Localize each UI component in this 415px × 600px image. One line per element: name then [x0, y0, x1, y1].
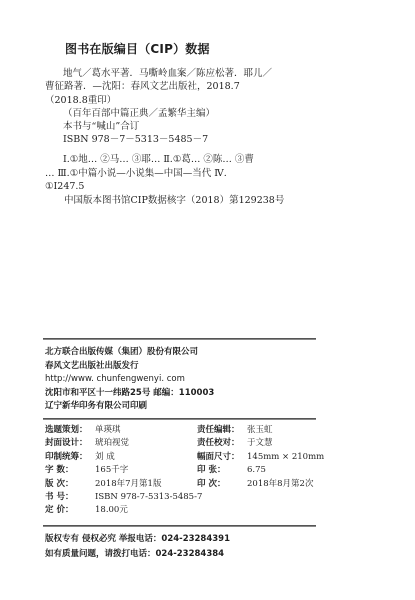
classification-line: Ⅰ.①地… ②马… ③耶… Ⅱ.①葛… ②陈… ③曹 — [45, 153, 285, 167]
credit-value: 刘 成 — [95, 451, 115, 464]
cip-number: 中国版本图书馆CIP数据核字（2018）第129238号 — [64, 192, 284, 206]
publisher-url: http://www. chunfengwenyi. com — [45, 373, 214, 387]
credits-row: 选题策划：单瑛琪 责任编辑：张玉虹 — [45, 424, 202, 437]
credit-label: 印 张： — [197, 464, 247, 477]
cip-classification: Ⅰ.①地… ②马… ③耶… Ⅱ.①葛… ②陈… ③曹 … Ⅲ.①中篇小说—小说集… — [45, 153, 285, 194]
publisher-group: 北方联合出版传媒（集团）股份有限公司 — [45, 346, 214, 360]
divider-top — [43, 338, 316, 340]
credit-value: ISBN 978-7-5313-5485-7 — [95, 491, 202, 504]
printer: 辽宁新华印务有限公司印刷 — [45, 400, 214, 414]
credits-row: 书 号：ISBN 978-7-5313-5485-7 — [45, 491, 202, 504]
publisher-name: 春风文艺出版社出版发行 — [45, 360, 214, 374]
cip-title: 图书在版编目（CIP）数据 — [65, 40, 210, 57]
cip-record: 地气／葛水平著．马嘶岭血案／陈应松著．耶儿／ 曹征路著．—沈阳：春风文艺出版社，… — [45, 67, 285, 147]
cip-record-line: （百年百部中篇正典／孟繁华主编） — [45, 107, 285, 120]
credit-value: 2018年7月第1版 — [95, 478, 161, 491]
credit-value: 单瑛琪 — [95, 424, 121, 437]
publisher-info: 北方联合出版传媒（集团）股份有限公司 春风文艺出版社出版发行 http://ww… — [45, 346, 214, 414]
credits-row: 封面设计：琥珀视觉 责任校对：于文慧 — [45, 437, 202, 450]
divider-middle — [43, 418, 316, 420]
credit-label: 定 价： — [45, 504, 95, 517]
cip-record-line: 本书与“喊山”合订 — [45, 120, 285, 133]
quality-line: 如有质量问题，请拨打电话：024-23284384 — [45, 547, 230, 562]
credit-value: 145mm × 210mm — [247, 451, 324, 464]
credits-row: 版 次：2018年7月第1版 印 次：2018年8月第2次 — [45, 478, 202, 491]
credit-value: 18.00元 — [95, 504, 128, 517]
divider-bottom — [43, 525, 316, 527]
credit-label: 印 次： — [197, 478, 247, 491]
credit-value: 6.75 — [247, 464, 266, 477]
rights-notice: 版权专有 侵权必究 举报电话：024-23284391 如有质量问题，请拨打电话… — [45, 532, 230, 562]
classification-line: … Ⅲ.①中篇小说—小说集—中国—当代 Ⅳ. — [45, 167, 285, 181]
credit-label: 责任校对： — [197, 437, 247, 450]
credit-label: 责任编辑： — [197, 424, 247, 437]
credit-value: 165千字 — [95, 464, 128, 477]
publisher-address: 沈阳市和平区十一纬路25号 邮编：110003 — [45, 387, 214, 401]
credits-row: 定 价：18.00元 — [45, 504, 202, 517]
cip-record-line: 地气／葛水平著．马嘶岭血案／陈应松著．耶儿／ — [45, 67, 285, 80]
credit-label: 幅面尺寸： — [197, 451, 247, 464]
credit-value: 琥珀视觉 — [95, 437, 129, 450]
credits-row: 印制统筹：刘 成 幅面尺寸：145mm × 210mm — [45, 451, 202, 464]
credit-value: 于文慧 — [247, 437, 273, 450]
credits-table: 选题策划：单瑛琪 责任编辑：张玉虹 封面设计：琥珀视觉 责任校对：于文慧 印制统… — [45, 424, 202, 518]
cip-isbn: ISBN 978－7－5313－5485－7 — [45, 133, 285, 146]
cip-record-line: （2018.8重印） — [45, 94, 285, 107]
credit-label: 书 号： — [45, 491, 95, 504]
credit-label: 封面设计： — [45, 437, 95, 450]
credits-row: 字 数：165千字 印 张：6.75 — [45, 464, 202, 477]
cip-record-line: 曹征路著．—沈阳：春风文艺出版社，2018.7 — [45, 80, 285, 93]
rights-line: 版权专有 侵权必究 举报电话：024-23284391 — [45, 532, 230, 547]
credit-label: 版 次： — [45, 478, 95, 491]
credit-label: 字 数： — [45, 464, 95, 477]
credit-value: 2018年8月第2次 — [247, 478, 313, 491]
credit-label: 选题策划： — [45, 424, 95, 437]
credit-value: 张玉虹 — [247, 424, 273, 437]
credit-label: 印制统筹： — [45, 451, 95, 464]
